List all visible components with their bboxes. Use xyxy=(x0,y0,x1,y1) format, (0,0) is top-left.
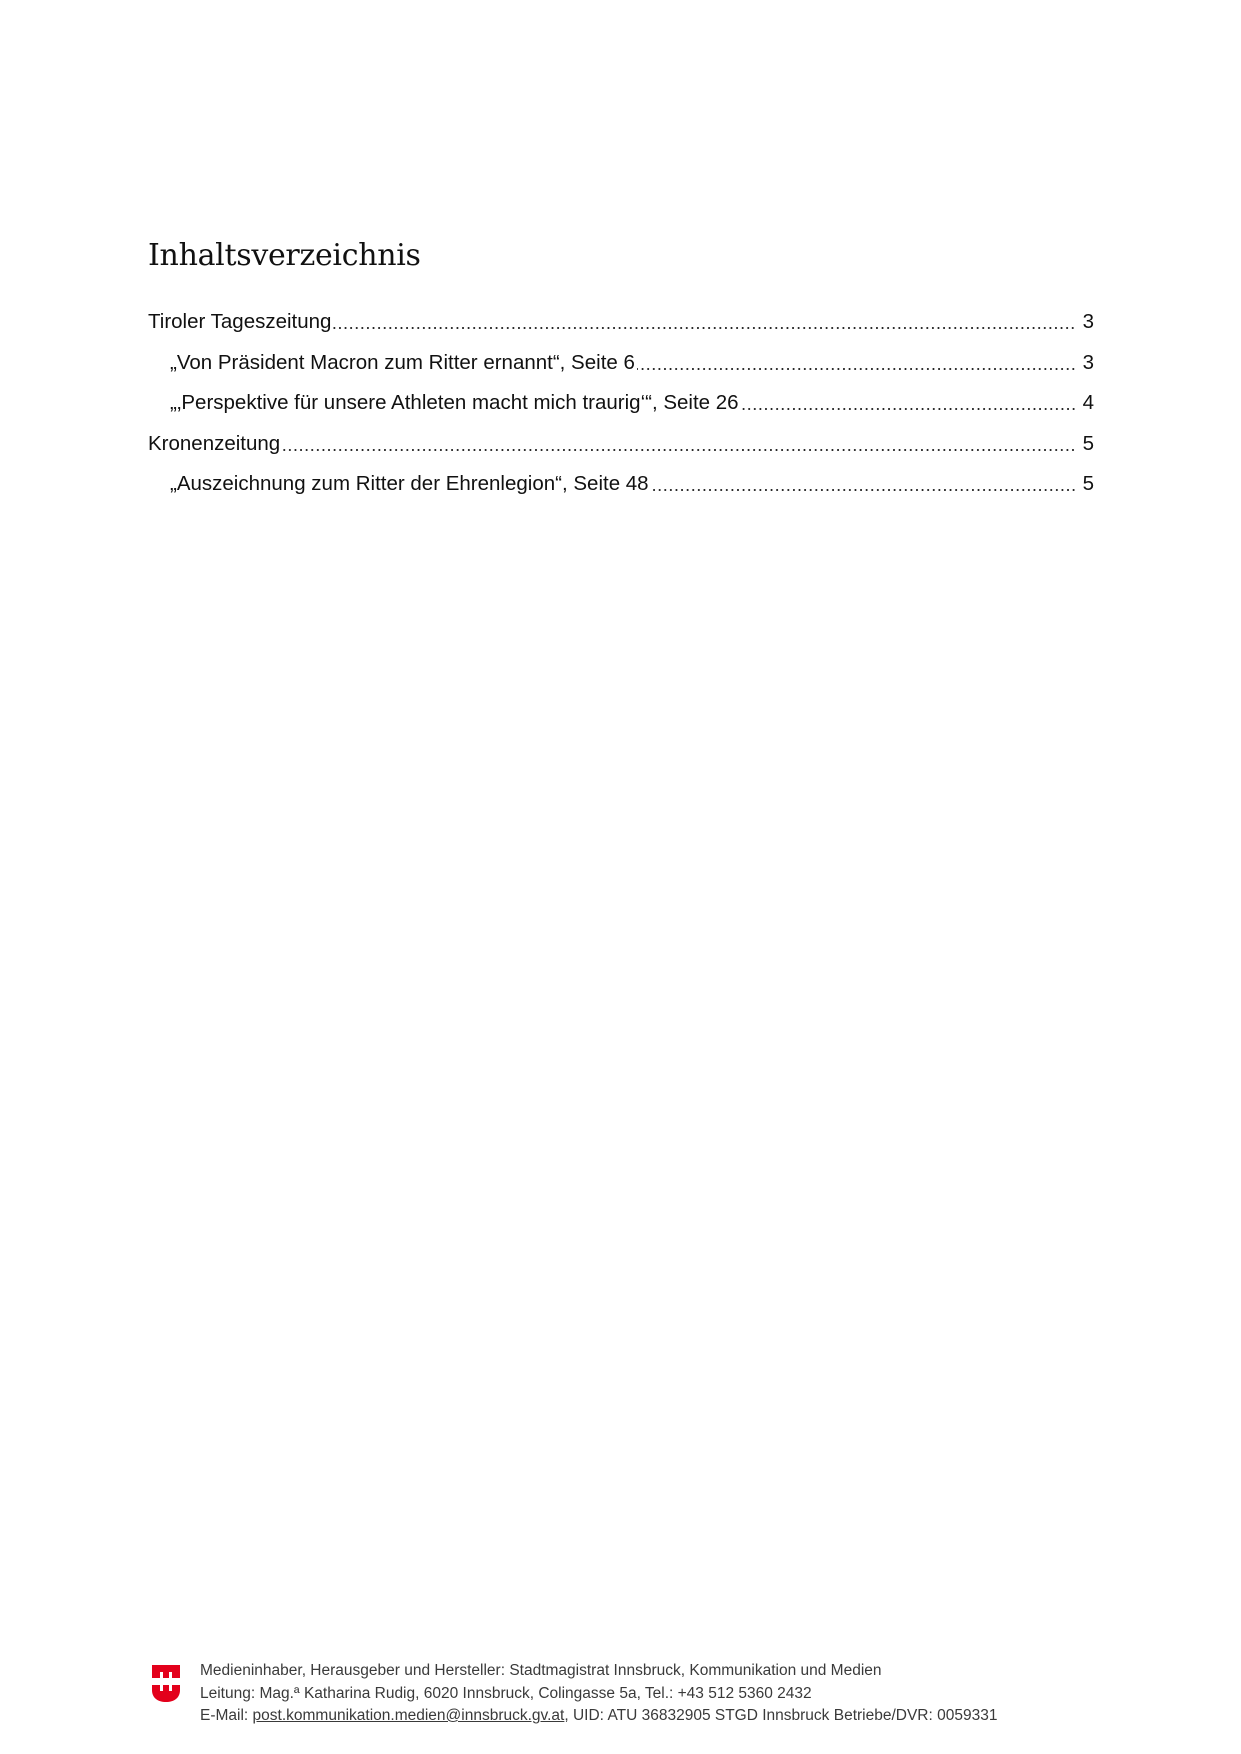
toc-dot-leader xyxy=(637,351,1076,371)
toc-page-number: 5 xyxy=(1080,428,1094,460)
toc-dot-leader xyxy=(741,391,1076,411)
toc-entry-text: „Auszeichnung zum Ritter der Ehrenlegion… xyxy=(170,468,649,500)
innsbruck-city-emblem-icon xyxy=(150,1662,182,1704)
toc-entry-text: Kronenzeitung xyxy=(148,428,280,460)
toc-page-number: 4 xyxy=(1080,387,1094,419)
toc-entry-text: „‚Perspektive für unsere Athleten macht … xyxy=(170,387,739,419)
page-title: Inhaltsverzeichnis xyxy=(148,236,421,276)
footer-email-label: E-Mail: xyxy=(200,1707,253,1724)
page-footer: Medieninhaber, Herausgeber und Herstelle… xyxy=(150,1660,997,1728)
footer-email-link[interactable]: post.kommunikation.medien@innsbruck.gv.a… xyxy=(253,1707,565,1724)
toc-entry-ehrenlegion[interactable]: „Auszeichnung zum Ritter der Ehrenlegion… xyxy=(148,468,1094,509)
toc-dot-leader xyxy=(333,310,1076,330)
toc-entry-text: „Von Präsident Macron zum Ritter ernannt… xyxy=(170,347,635,379)
toc-entry-tiroler-tageszeitung[interactable]: Tiroler Tageszeitung 3 xyxy=(148,306,1094,347)
toc-page-number: 3 xyxy=(1080,306,1094,338)
toc-entry-text: Tiroler Tageszeitung xyxy=(148,306,331,338)
toc-dot-leader xyxy=(651,472,1076,492)
toc-page-number: 3 xyxy=(1080,347,1094,379)
toc-page-number: 5 xyxy=(1080,468,1094,500)
footer-uid-text: , UID: ATU 36832905 STGD Innsbruck Betri… xyxy=(564,1707,997,1724)
table-of-contents: Tiroler Tageszeitung 3 „Von Präsident Ma… xyxy=(148,306,1094,509)
footer-imprint: Medieninhaber, Herausgeber und Herstelle… xyxy=(200,1660,997,1728)
toc-dot-leader xyxy=(282,432,1076,452)
footer-contact-line: E-Mail: post.kommunikation.medien@innsbr… xyxy=(200,1705,997,1728)
toc-entry-perspektive-athleten[interactable]: „‚Perspektive für unsere Athleten macht … xyxy=(148,387,1094,428)
toc-entry-macron-ritter[interactable]: „Von Präsident Macron zum Ritter ernannt… xyxy=(148,347,1094,388)
toc-entry-kronenzeitung[interactable]: Kronenzeitung 5 xyxy=(148,428,1094,469)
footer-management-line: Leitung: Mag.ª Katharina Rudig, 6020 Inn… xyxy=(200,1683,997,1706)
footer-publisher-line: Medieninhaber, Herausgeber und Herstelle… xyxy=(200,1660,997,1683)
